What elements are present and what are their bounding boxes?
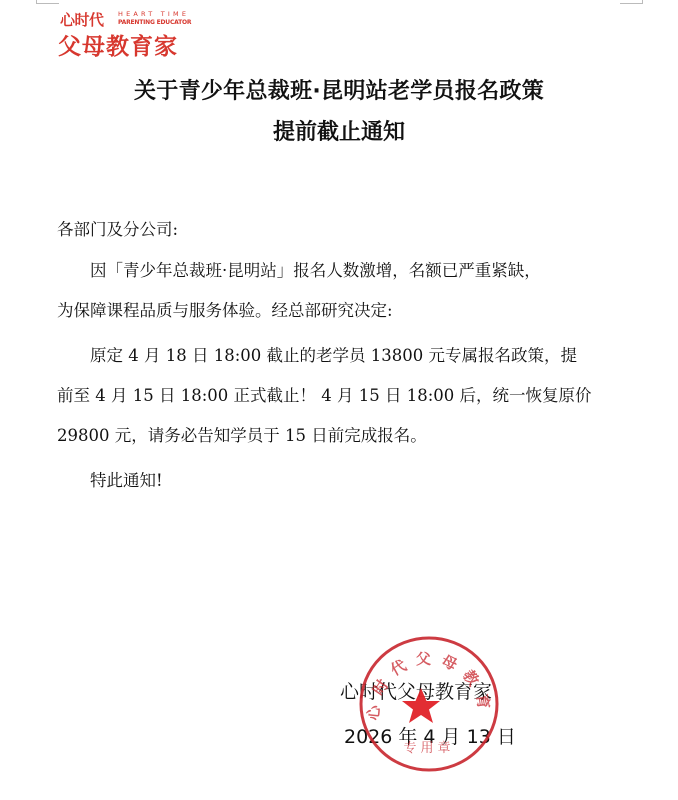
logo: 心时代 HEART TIME PARENTING EDUCATOR 父母教育家 (58, 8, 208, 56)
logo-english: HEART TIME PARENTING EDUCATOR (118, 10, 191, 27)
margin-mark-left (36, 0, 59, 4)
margin-mark-right (620, 0, 643, 4)
document-title-line2: 提前截止通知 (0, 115, 678, 146)
paragraph-1-line-2: 为保障课程品质与服务体验。经总部研究决定: (57, 291, 617, 331)
logo-brand-small: 心时代 (60, 9, 104, 30)
paragraph-2-line-3: 29800 元，请务必告知学员于 15 日前完成报名。 (57, 416, 617, 456)
paragraph-2-line-1: 原定 4 月 18 日 18:00 截止的老学员 13800 元专属报名政策，提 (57, 336, 617, 376)
paragraph-2-line-2: 前至 4 月 15 日 18:00 正式截止！ 4 月 15 日 18:00 后… (57, 376, 617, 416)
paragraph-2: 原定 4 月 18 日 18:00 截止的老学员 13800 元专属报名政策，提… (57, 336, 617, 456)
paragraph-1: 因「青少年总裁班·昆明站」报名人数激增，名额已严重紧缺， 为保障课程品质与服务体… (57, 251, 617, 331)
company-seal: 心时代父母教育家 专用章 (359, 636, 499, 772)
logo-english-line2: PARENTING EDUCATOR (118, 19, 191, 27)
document-title-line1: 关于青少年总裁班·昆明站老学员报名政策 (0, 74, 678, 105)
closing: 特此通知! (57, 461, 650, 501)
salutation: 各部门及分公司: (57, 210, 617, 250)
paragraph-1-line-1: 因「青少年总裁班·昆明站」报名人数激增，名额已严重紧缺， (57, 251, 617, 291)
seal-bottom-text: 专用章 (403, 740, 454, 756)
star-icon (402, 688, 440, 723)
logo-english-line1: HEART TIME (118, 10, 191, 18)
logo-brand-main: 父母教育家 (58, 28, 178, 61)
